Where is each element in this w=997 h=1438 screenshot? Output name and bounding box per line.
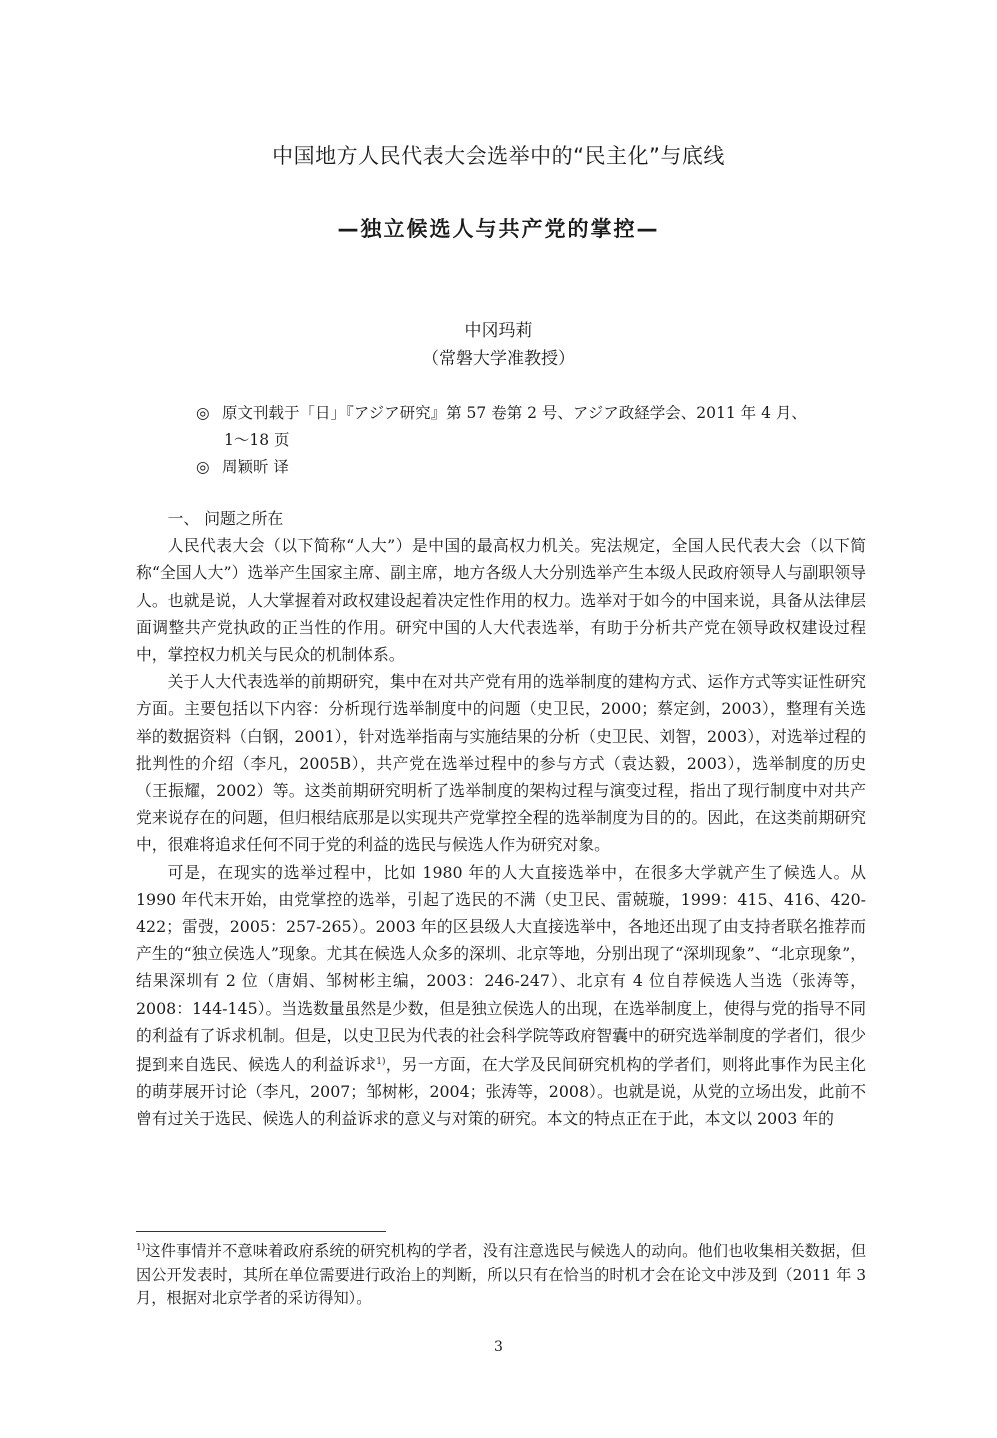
footnote: 1)这件事情并不意味着政府系统的研究机构的学者，没有注意选民与候选人的动向。他们… (136, 1237, 866, 1311)
source-note-text: 原文刊载于「日」『アジア研究』第 57 卷第 2 号、アジア政経学会、2011 … (222, 404, 807, 422)
paragraph-3: 可是，在现实的选举过程中，比如 1980 年的人大直接选举中，在很多大学就产生了… (136, 859, 866, 1133)
footnote-text: 这件事情并不意味着政府系统的研究机构的学者，没有注意选民与候选人的动向。他们也收… (136, 1242, 866, 1307)
footnote-divider (136, 1231, 386, 1232)
paper-subtitle: —独立候选人与共产党的掌控— (0, 213, 997, 243)
footnote-mark: 1) (136, 1243, 145, 1253)
body-text: 一、 问题之所在 人民代表大会（以下简称“人大”）是中国的最高权力机关。宪法规定… (136, 505, 866, 1133)
translator-note-text: 周颖昕 译 (222, 458, 289, 476)
source-note-pages: 1～18 页 (196, 427, 886, 454)
paragraph-1: 人民代表大会（以下简称“人大”）是中国的最高权力机关。宪法规定，全国人民代表大会… (136, 532, 866, 668)
double-circle-icon: ◎ (196, 400, 222, 427)
translator-note: ◎周颖昕 译 (196, 454, 886, 481)
section-heading: 一、 问题之所在 (136, 505, 866, 532)
paragraph-3-text: 可是，在现实的选举过程中，比如 1980 年的人大直接选举中，在很多大学就产生了… (136, 863, 866, 1074)
page-number: 3 (0, 1339, 997, 1355)
footnote-ref[interactable]: 1) (376, 1057, 385, 1067)
paper-title: 中国地方人民代表大会选举中的“民主化”与底线 (0, 140, 997, 170)
paragraph-2: 关于人大代表选举的前期研究，集中在对共产党有用的选举制度的建构方式、运作方式等实… (136, 668, 866, 858)
double-circle-icon: ◎ (196, 454, 222, 481)
author-name: 中冈玛莉 (0, 316, 997, 341)
source-note: ◎原文刊载于「日」『アジア研究』第 57 卷第 2 号、アジア政経学会、2011… (196, 400, 886, 454)
author-affiliation: （常磐大学准教授） (0, 344, 997, 369)
